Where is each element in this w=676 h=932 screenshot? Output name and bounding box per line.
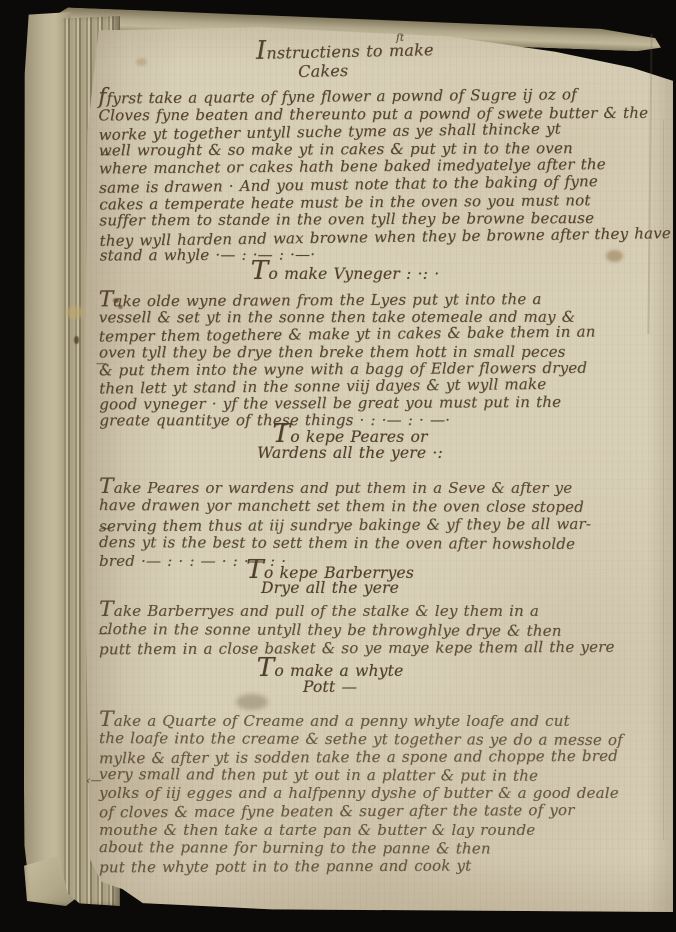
recipe-body-peares: Take Peares or wardens and put them in a… [99,478,591,570]
manuscript-line: Take a Quarte of Creame and a penny whyt… [99,711,623,730]
margin-mark: — [100,148,111,161]
margin-mark: — [96,357,107,370]
manuscript-line: about the panne for burning to the panne… [99,838,623,858]
heading-line: To make a whyte [95,661,565,680]
margin-mark: ‹— [86,774,102,787]
heading-line: Drye all the yere [95,581,565,596]
margin-mark: — [98,627,109,640]
manuscript-line: Take Barberryes and pull of the stalke &… [99,601,615,621]
recipe-body-whyte-pott: Take a Quarte of Creame and a penny whyt… [99,711,623,875]
heading-line: Wardens all the yere ·: [115,446,585,462]
recipe-body-cakes: ffyrst take a quarte of fyne flower a po… [98,84,671,267]
heading-line: Pott — [95,680,565,696]
manuscript-line: dens yt is the best to sett them in the … [99,533,591,553]
manuscript-line: put the whyte pott in to the panne and c… [99,855,623,876]
manuscript-line: oven tyll they be drye then breke them h… [99,343,596,361]
manuscript-line: of cloves & mace fyne beaten & suger aft… [99,801,623,822]
recipe-heading-vyneger: To make Vyneger : ·: · [105,256,585,286]
insertion-mark: ſt [396,33,404,44]
manuscript-line: yolks of iij egges and a halfpenny dyshe… [99,784,623,802]
manuscript-line: serving them thus at iij sundrye bakinge… [99,514,591,535]
manuscript-line: very small and then put yt out in a plat… [99,765,623,785]
manuscript-text: Instructiens to make Cakes ſt ffyrst tak… [0,0,676,932]
margin-mark: — [100,522,111,535]
recipe-title: Instructiens to make Cakes [195,37,496,83]
manuscript-line: mouthe & then take a tarte pan & butter … [99,821,623,839]
recipe-body-vyneger: Take olde wyne drawen from the Lyes put … [99,289,596,431]
manuscript-line: Take Peares or wardens and put them in a… [99,478,591,497]
manuscript-line: well wrought & so make yt in cakes & put… [99,139,670,159]
manuscript-line: clothe in the sonne untyll they be throw… [99,620,615,640]
manuscript-line: putt them in a close basket & so ye maye… [99,638,615,659]
manuscript-line: have drawen yor manchett set them in the… [99,496,591,516]
recipe-heading-whyte-pott: To make a whyte Pott — [95,661,565,695]
photo-backdrop: Instructiens to make Cakes ſt ffyrst tak… [0,0,676,932]
recipe-body-barberryes: Take Barberryes and pull of the stalke &… [99,601,615,658]
heading-line: To kepe Peares or [115,427,585,446]
recipe-heading-peares: To kepe Peares or Wardens all the yere ·… [115,427,585,461]
recipe-heading-barberryes: To kepe Barberryes Drye all the yere [95,563,565,596]
heading-line: To make Vyneger : ·: · [105,256,585,286]
